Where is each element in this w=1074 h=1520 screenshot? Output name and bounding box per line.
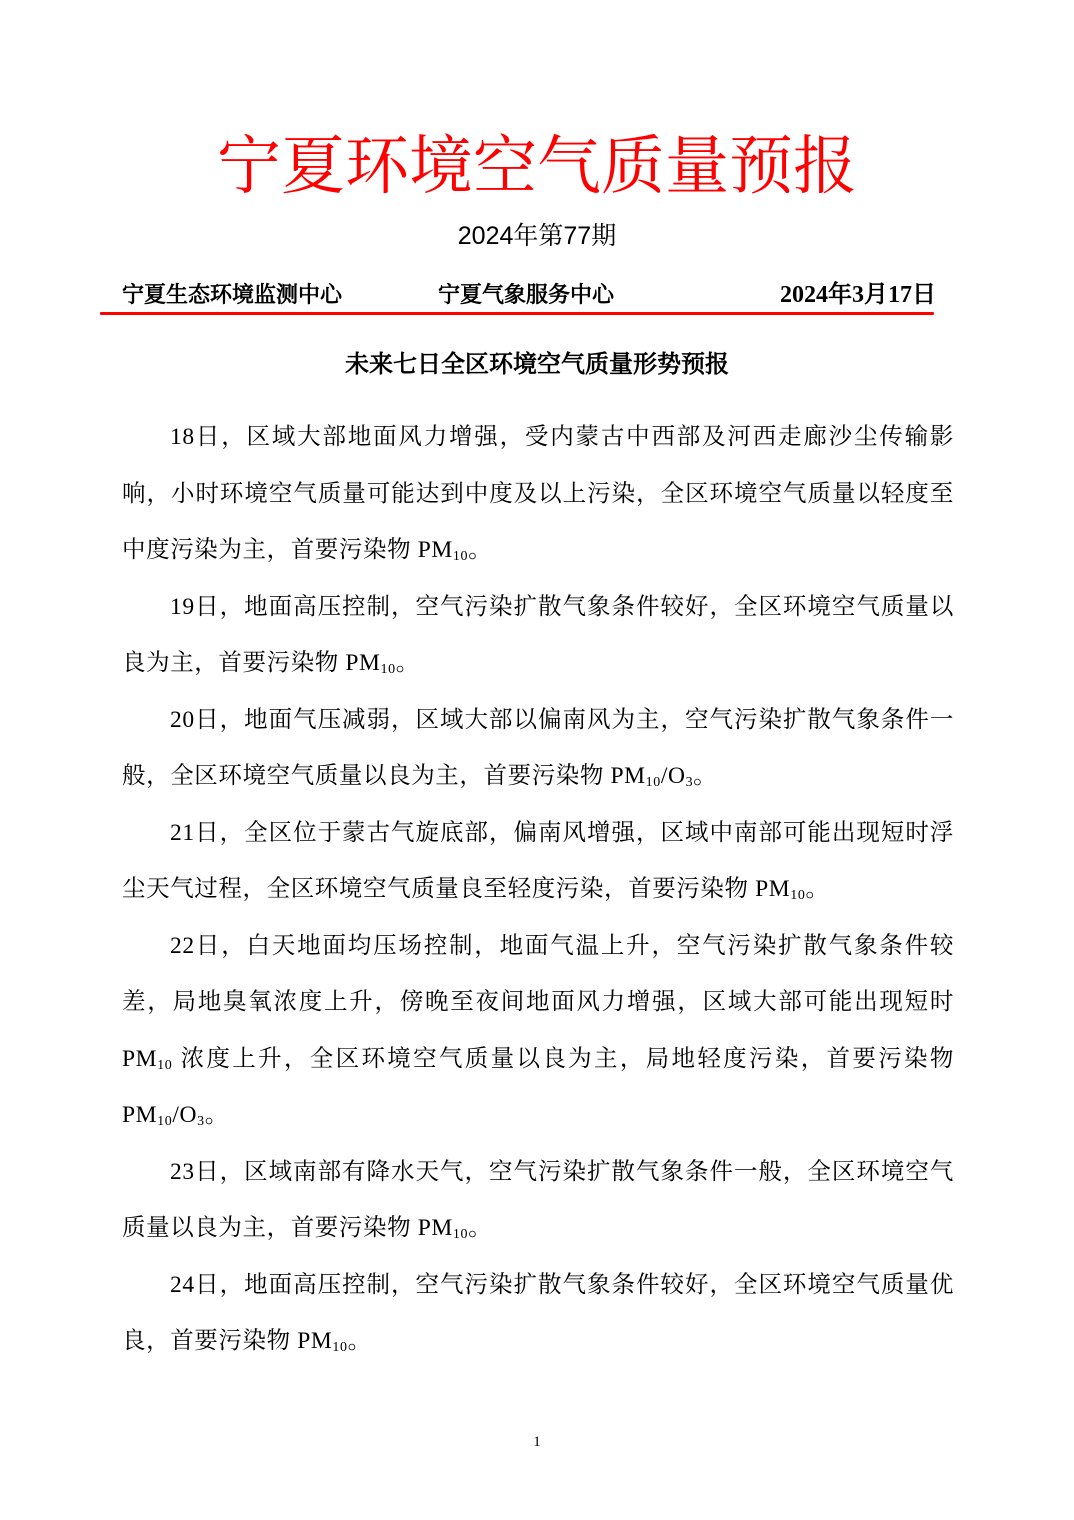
forecast-paragraph-19: 19日，地面高压控制，空气污染扩散气象条件较好，全区环境空气质量以良为主，首要污… (122, 579, 954, 692)
sentence-end: 。 (348, 1328, 372, 1354)
pollutant-subscript: 10 (646, 775, 661, 790)
inline-pollutant: PM (122, 1046, 157, 1072)
sentence-end: 。 (468, 1215, 492, 1241)
issuer-org-monitoring-center: 宁夏生态环境监测中心 (122, 278, 342, 312)
forecast-paragraph-22: 22日，白天地面均压场控制，地面气温上升，空气污染扩散气象条件较差，局地臭氧浓度… (122, 918, 954, 1144)
sentence-end: 。 (205, 1102, 229, 1128)
forecast-text: ，区域南部有降水天气，空气污染扩散气象条件一般，全区环境空气质量以良为主，首要污… (122, 1159, 954, 1242)
masthead-title: 宁夏环境空气质量预报 (0, 127, 1074, 207)
inline-pollutant-subscript: 10 (157, 1058, 172, 1073)
issue-number: 2024年第77期 (0, 218, 1074, 254)
pollutant: PM (122, 1102, 157, 1128)
forecast-text: ，白天地面均压场控制，地面气温上升，空气污染扩散气象条件较差，局地臭氧浓度上升，… (122, 933, 954, 1016)
forecast-day: 21日 (170, 820, 220, 846)
pollutant: PM (610, 763, 645, 789)
forecast-day: 19日 (170, 594, 220, 620)
publish-date: 2024年3月17日 (780, 278, 936, 312)
issuer-line: 宁夏生态环境监测中心 宁夏气象服务中心 2024年3月17日 (122, 278, 936, 312)
sentence-end: 。 (693, 763, 717, 789)
forecast-day: 24日 (170, 1272, 220, 1298)
issuer-org-meteorological-center: 宁夏气象服务中心 (438, 278, 614, 312)
pollutant-subscript: 10 (381, 662, 396, 677)
forecast-paragraph-23: 23日，区域南部有降水天气，空气污染扩散气象条件一般，全区环境空气质量以良为主，… (122, 1144, 954, 1257)
pollutant: PM (755, 876, 790, 902)
pollutant-secondary: /O (661, 763, 686, 789)
forecast-paragraph-20: 20日，地面气压减弱，区域大部以偏南风为主，空气污染扩散气象条件一般，全区环境空… (122, 692, 954, 805)
pollutant-secondary-subscript: 3 (197, 1114, 205, 1129)
document-page: 宁夏环境空气质量预报 2024年第77期 宁夏生态环境监测中心 宁夏气象服务中心… (0, 0, 1074, 1520)
forecast-text: ，地面高压控制，空气污染扩散气象条件较好，全区环境空气质量以良为主，首要污染物 (122, 594, 954, 677)
pollutant-subscript: 10 (157, 1114, 172, 1129)
forecast-paragraph-21: 21日，全区位于蒙古气旋底部，偏南风增强，区域中南部可能出现短时浮尘天气过程，全… (122, 805, 954, 918)
forecast-paragraph-18: 18日，区域大部地面风力增强，受内蒙古中西部及河西走廊沙尘传输影响，小时环境空气… (122, 409, 954, 579)
forecast-text: ，地面高压控制，空气污染扩散气象条件较好，全区环境空气质量优良，首要污染物 (122, 1272, 954, 1355)
red-divider (100, 312, 934, 315)
forecast-day: 18日 (170, 424, 221, 450)
forecast-text: ，地面气压减弱，区域大部以偏南风为主，空气污染扩散气象条件一般，全区环境空气质量… (122, 707, 954, 790)
section-title: 未来七日全区环境空气质量形势预报 (0, 346, 1074, 382)
forecast-day: 23日 (170, 1159, 220, 1185)
sentence-end: 。 (468, 537, 492, 563)
pollutant-secondary: /O (172, 1102, 197, 1128)
forecast-text-continued: 浓度上升，全区环境空气质量以良为主，局地轻度污染，首要污染物 (172, 1046, 954, 1072)
sentence-end: 。 (396, 650, 420, 676)
forecast-day: 20日 (170, 707, 220, 733)
pollutant: PM (345, 650, 380, 676)
forecast-paragraph-24: 24日，地面高压控制，空气污染扩散气象条件较好，全区环境空气质量优良，首要污染物… (122, 1257, 954, 1370)
sentence-end: 。 (805, 876, 829, 902)
pollutant-subscript: 10 (453, 549, 468, 564)
pollutant: PM (418, 1215, 453, 1241)
pollutant: PM (418, 537, 453, 563)
pollutant-subscript: 10 (790, 888, 805, 903)
pollutant: PM (297, 1328, 332, 1354)
pollutant-subscript: 10 (332, 1340, 347, 1355)
pollutant-subscript: 10 (453, 1227, 468, 1242)
forecast-body: 18日，区域大部地面风力增强，受内蒙古中西部及河西走廊沙尘传输影响，小时环境空气… (122, 409, 954, 1370)
forecast-day: 22日 (170, 933, 221, 959)
page-number: 1 (0, 1434, 1074, 1451)
forecast-text: ，区域大部地面风力增强，受内蒙古中西部及河西走廊沙尘传输影响，小时环境空气质量可… (122, 424, 954, 563)
